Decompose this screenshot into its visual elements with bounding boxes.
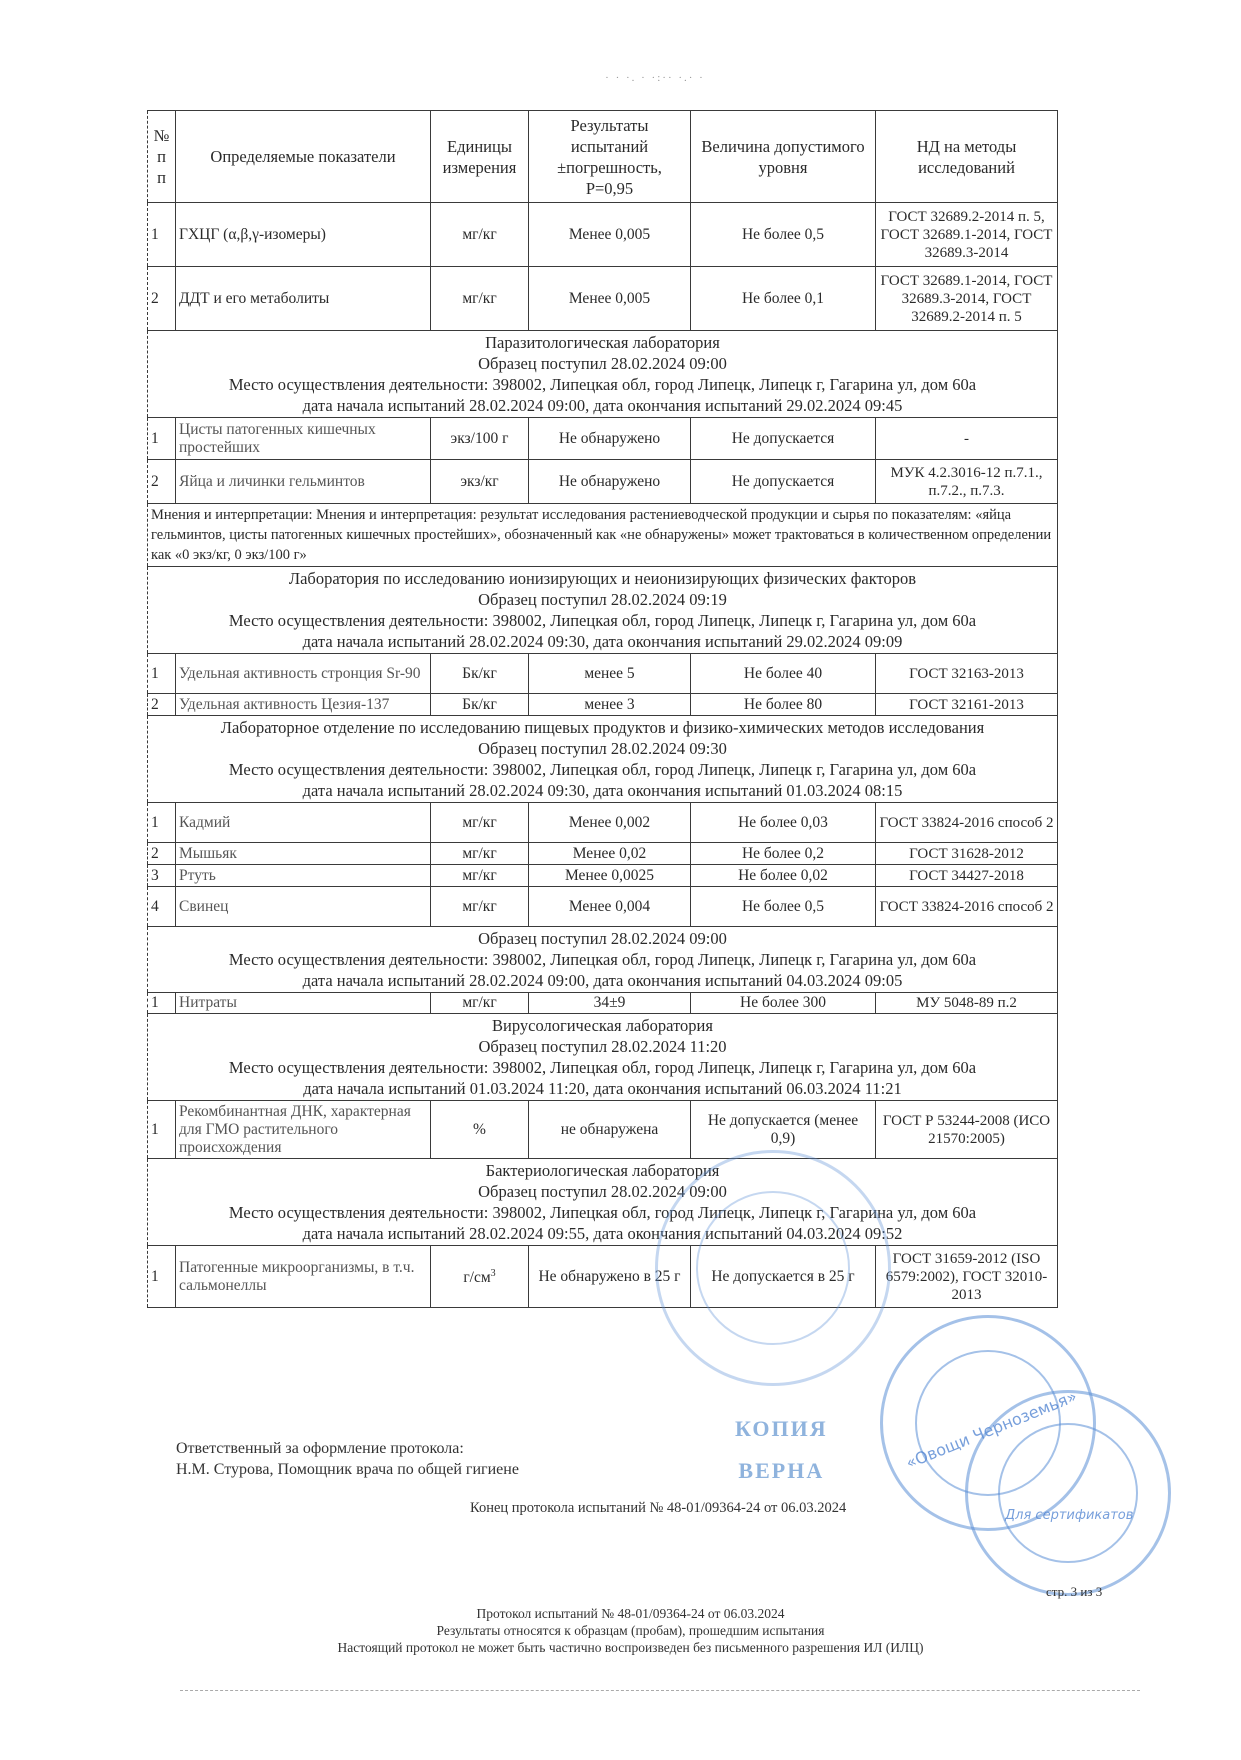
copy-stamp-line1: КОПИЯ — [735, 1408, 828, 1450]
row-methods: - — [876, 418, 1058, 460]
row-num: 1 — [148, 1101, 176, 1159]
footer-results-note: Результаты относятся к образцам (пробам)… — [20, 1622, 1241, 1639]
page-footer: Протокол испытаний № 48-01/09364-24 от 0… — [0, 1605, 1241, 1656]
row-result: Менее 0,02 — [529, 843, 691, 865]
table-row: 1 Нитраты мг/кг 34±9 Не более 300 МУ 504… — [148, 993, 1058, 1014]
stamp-sub-text: Для сертификатов — [1005, 1508, 1133, 1523]
row-indicator: Свинец — [176, 887, 431, 927]
row-methods: МУК 4.2.3016-12 п.7.1., п.7.2., п.7.3. — [876, 460, 1058, 504]
activity-place: Место осуществления деятельности: 398002… — [151, 610, 1054, 631]
row-units: мг/кг — [431, 803, 529, 843]
footer-reproduction-note: Настоящий протокол не может быть частичн… — [20, 1639, 1241, 1656]
row-num: 2 — [148, 843, 176, 865]
row-indicator: Удельная активность стронция Sr-90 — [176, 654, 431, 694]
row-num: 4 — [148, 887, 176, 927]
units-superscript: 3 — [491, 1268, 496, 1279]
section-header: Образец поступил 28.02.2024 09:00 Место … — [148, 927, 1058, 993]
row-methods: ГОСТ 32689.1-2014, ГОСТ 32689.3-2014, ГО… — [876, 267, 1058, 331]
lab-name: Бактериологическая лаборатория — [151, 1160, 1054, 1181]
test-protocol-page: · · ·. · ·:·· ·.· · № п п Определяемые п… — [0, 0, 1241, 1760]
sample-received: Образец поступил 28.02.2024 09:19 — [151, 589, 1054, 610]
bottom-divider — [180, 1690, 1140, 1691]
row-methods: ГОСТ 32161-2013 — [876, 694, 1058, 716]
row-indicator: Яйца и личинки гельминтов — [176, 460, 431, 504]
table-row: 3 Ртуть мг/кг Менее 0,0025 Не более 0,02… — [148, 865, 1058, 887]
responsible-person: Ответственный за оформление протокола: Н… — [176, 1438, 519, 1480]
table-row: 1 Рекомбинантная ДНК, характерная для ГМ… — [148, 1101, 1058, 1159]
copy-stamp-line2: ВЕРНА — [735, 1450, 828, 1492]
sample-received: Образец поступил 28.02.2024 11:20 — [151, 1036, 1054, 1057]
row-result: Менее 0,005 — [529, 203, 691, 267]
row-methods: ГОСТ 31659-2012 (ISO 6579:2002), ГОСТ 32… — [876, 1246, 1058, 1308]
section-food-chemistry: Лабораторное отделение по исследованию п… — [148, 716, 1058, 803]
row-num: 1 — [148, 1246, 176, 1308]
row-num: 1 — [148, 803, 176, 843]
section-header: Лаборатория по исследованию ионизирующих… — [148, 567, 1058, 654]
row-result: менее 3 — [529, 694, 691, 716]
table-row: 1 Цисты патогенных кишечных простейших э… — [148, 418, 1058, 460]
test-dates: дата начала испытаний 28.02.2024 09:30, … — [151, 780, 1054, 801]
row-allowed: Не более 300 — [691, 993, 876, 1014]
row-result: Не обнаружено — [529, 418, 691, 460]
col-header-results: Результаты испытаний ±погрешность, P=0,9… — [529, 111, 691, 203]
table-row: 4 Свинец мг/кг Менее 0,004 Не более 0,5 … — [148, 887, 1058, 927]
row-allowed: Не более 0,03 — [691, 803, 876, 843]
row-result: Менее 0,005 — [529, 267, 691, 331]
test-dates: дата начала испытаний 28.02.2024 09:00, … — [151, 970, 1054, 991]
test-dates: дата начала испытаний 28.02.2024 09:00, … — [151, 395, 1054, 416]
row-indicator: ДДТ и его метаболиты — [176, 267, 431, 331]
col-header-indicator: Определяемые показатели — [176, 111, 431, 203]
row-indicator: ГХЦГ (α,β,γ-изомеры) — [176, 203, 431, 267]
opinions-note: Мнения и интерпретации: Мнения и интерпр… — [148, 504, 1058, 567]
row-num: 1 — [148, 418, 176, 460]
table-row: 1 Удельная активность стронция Sr-90 Бк/… — [148, 654, 1058, 694]
row-units: мг/кг — [431, 865, 529, 887]
sample-received: Образец поступил 28.02.2024 09:30 — [151, 738, 1054, 759]
col-header-methods: НД на методы исследований — [876, 111, 1058, 203]
results-table: № п п Определяемые показатели Единицы из… — [147, 110, 1058, 1308]
row-allowed: Не более 40 — [691, 654, 876, 694]
table-row: 2 Удельная активность Цезия-137 Бк/кг ме… — [148, 694, 1058, 716]
row-num: 1 — [148, 654, 176, 694]
row-units: Бк/кг — [431, 694, 529, 716]
row-units: мг/кг — [431, 203, 529, 267]
table-row: 2 ДДТ и его метаболиты мг/кг Менее 0,005… — [148, 267, 1058, 331]
row-methods: ГОСТ 32689.2-2014 п. 5, ГОСТ 32689.1-201… — [876, 203, 1058, 267]
activity-place: Место осуществления деятельности: 398002… — [151, 1202, 1054, 1223]
col-header-units: Единицы измерения — [431, 111, 529, 203]
protocol-end-line: Конец протокола испытаний № 48-01/09364-… — [470, 1500, 846, 1517]
table-row: 1 ГХЦГ (α,β,γ-изомеры) мг/кг Менее 0,005… — [148, 203, 1058, 267]
sample-received: Образец поступил 28.02.2024 09:00 — [151, 928, 1054, 949]
lab-name: Лабораторное отделение по исследованию п… — [151, 717, 1054, 738]
row-indicator: Патогенные микроорганизмы, в т.ч. сальмо… — [176, 1246, 431, 1308]
round-stamp-ekoterra — [655, 1150, 891, 1386]
row-units: % — [431, 1101, 529, 1159]
row-methods: ГОСТ 33824-2016 способ 2 — [876, 803, 1058, 843]
activity-place: Место осуществления деятельности: 398002… — [151, 374, 1054, 395]
row-indicator: Рекомбинантная ДНК, характерная для ГМО … — [176, 1101, 431, 1159]
sample-received: Образец поступил 28.02.2024 09:00 — [151, 353, 1054, 374]
table-row: 1 Патогенные микроорганизмы, в т.ч. саль… — [148, 1246, 1058, 1308]
activity-place: Место осуществления деятельности: 398002… — [151, 759, 1054, 780]
copy-certified-stamp: КОПИЯ ВЕРНА — [735, 1408, 828, 1492]
row-units: экз/100 г — [431, 418, 529, 460]
test-dates: дата начала испытаний 28.02.2024 09:30, … — [151, 631, 1054, 652]
row-units: мг/кг — [431, 993, 529, 1014]
responsible-name: Н.М. Стурова, Помощник врача по общей ги… — [176, 1459, 519, 1480]
row-methods: ГОСТ 33824-2016 способ 2 — [876, 887, 1058, 927]
test-dates: дата начала испытаний 28.02.2024 09:55, … — [151, 1223, 1054, 1244]
row-units: мг/кг — [431, 887, 529, 927]
section-header: Вирусологическая лаборатория Образец пос… — [148, 1014, 1058, 1101]
col-header-num: № п п — [148, 111, 176, 203]
row-num: 2 — [148, 460, 176, 504]
table-row: 1 Кадмий мг/кг Менее 0,002 Не более 0,03… — [148, 803, 1058, 843]
lab-name: Паразитологическая лаборатория — [151, 332, 1054, 353]
section-nitrates: Образец поступил 28.02.2024 09:00 Место … — [148, 927, 1058, 993]
responsible-label: Ответственный за оформление протокола: — [176, 1438, 519, 1459]
section-bacteriology: Бактериологическая лаборатория Образец п… — [148, 1159, 1058, 1246]
row-allowed: Не более 0,5 — [691, 203, 876, 267]
row-indicator: Мышьяк — [176, 843, 431, 865]
row-num: 2 — [148, 267, 176, 331]
lab-name: Лаборатория по исследованию ионизирующих… — [151, 568, 1054, 589]
row-units: г/см3 — [431, 1246, 529, 1308]
row-result: Менее 0,0025 — [529, 865, 691, 887]
row-result: Менее 0,004 — [529, 887, 691, 927]
col-header-allowed: Величина допустимого уровня — [691, 111, 876, 203]
row-allowed: Не допускается — [691, 460, 876, 504]
row-indicator: Кадмий — [176, 803, 431, 843]
row-allowed: Не более 0,1 — [691, 267, 876, 331]
row-allowed: Не допускается — [691, 418, 876, 460]
row-allowed: Не более 0,02 — [691, 865, 876, 887]
section-virology: Вирусологическая лаборатория Образец пос… — [148, 1014, 1058, 1101]
row-indicator: Нитраты — [176, 993, 431, 1014]
page-number: стр. 3 из 3 — [1046, 1584, 1102, 1600]
row-allowed: Не более 0,5 — [691, 887, 876, 927]
row-num: 1 — [148, 993, 176, 1014]
row-result: Не обнаружено — [529, 460, 691, 504]
row-result: менее 5 — [529, 654, 691, 694]
row-units: мг/кг — [431, 843, 529, 865]
section-header: Паразитологическая лаборатория Образец п… — [148, 331, 1058, 418]
units-text: г/см — [463, 1270, 490, 1287]
row-methods: ГОСТ 31628-2012 — [876, 843, 1058, 865]
row-units: мг/кг — [431, 267, 529, 331]
row-allowed: Не более 0,2 — [691, 843, 876, 865]
row-methods: ГОСТ Р 53244-2008 (ИСО 21570:2005) — [876, 1101, 1058, 1159]
row-result: Менее 0,002 — [529, 803, 691, 843]
row-methods: ГОСТ 34427-2018 — [876, 865, 1058, 887]
section-radiation: Лаборатория по исследованию ионизирующих… — [148, 567, 1058, 654]
table-row: 2 Мышьяк мг/кг Менее 0,02 Не более 0,2 Г… — [148, 843, 1058, 865]
row-methods: МУ 5048-89 п.2 — [876, 993, 1058, 1014]
scan-noise: · · ·. · ·:·· ·.· · — [545, 72, 765, 88]
section-header: Лабораторное отделение по исследованию п… — [148, 716, 1058, 803]
row-num: 3 — [148, 865, 176, 887]
round-stamp-sladkaya-zhizn — [965, 1390, 1171, 1596]
activity-place: Место осуществления деятельности: 398002… — [151, 949, 1054, 970]
table-row: 2 Яйца и личинки гельминтов экз/кг Не об… — [148, 460, 1058, 504]
test-dates: дата начала испытаний 01.03.2024 11:20, … — [151, 1078, 1054, 1099]
row-allowed: Не более 80 — [691, 694, 876, 716]
row-indicator: Удельная активность Цезия-137 — [176, 694, 431, 716]
row-units: Бк/кг — [431, 654, 529, 694]
lab-name: Вирусологическая лаборатория — [151, 1015, 1054, 1036]
row-num: 1 — [148, 203, 176, 267]
row-result: 34±9 — [529, 993, 691, 1014]
footer-protocol-number: Протокол испытаний № 48-01/09364-24 от 0… — [20, 1605, 1241, 1622]
activity-place: Место осуществления деятельности: 398002… — [151, 1057, 1054, 1078]
note-row: Мнения и интерпретации: Мнения и интерпр… — [148, 504, 1058, 567]
table-header-row: № п п Определяемые показатели Единицы из… — [148, 111, 1058, 203]
section-parasitology: Паразитологическая лаборатория Образец п… — [148, 331, 1058, 418]
row-indicator: Ртуть — [176, 865, 431, 887]
row-methods: ГОСТ 32163-2013 — [876, 654, 1058, 694]
sample-received: Образец поступил 28.02.2024 09:00 — [151, 1181, 1054, 1202]
row-result: не обнаружена — [529, 1101, 691, 1159]
row-units: экз/кг — [431, 460, 529, 504]
section-header: Бактериологическая лаборатория Образец п… — [148, 1159, 1058, 1246]
row-num: 2 — [148, 694, 176, 716]
row-indicator: Цисты патогенных кишечных простейших — [176, 418, 431, 460]
